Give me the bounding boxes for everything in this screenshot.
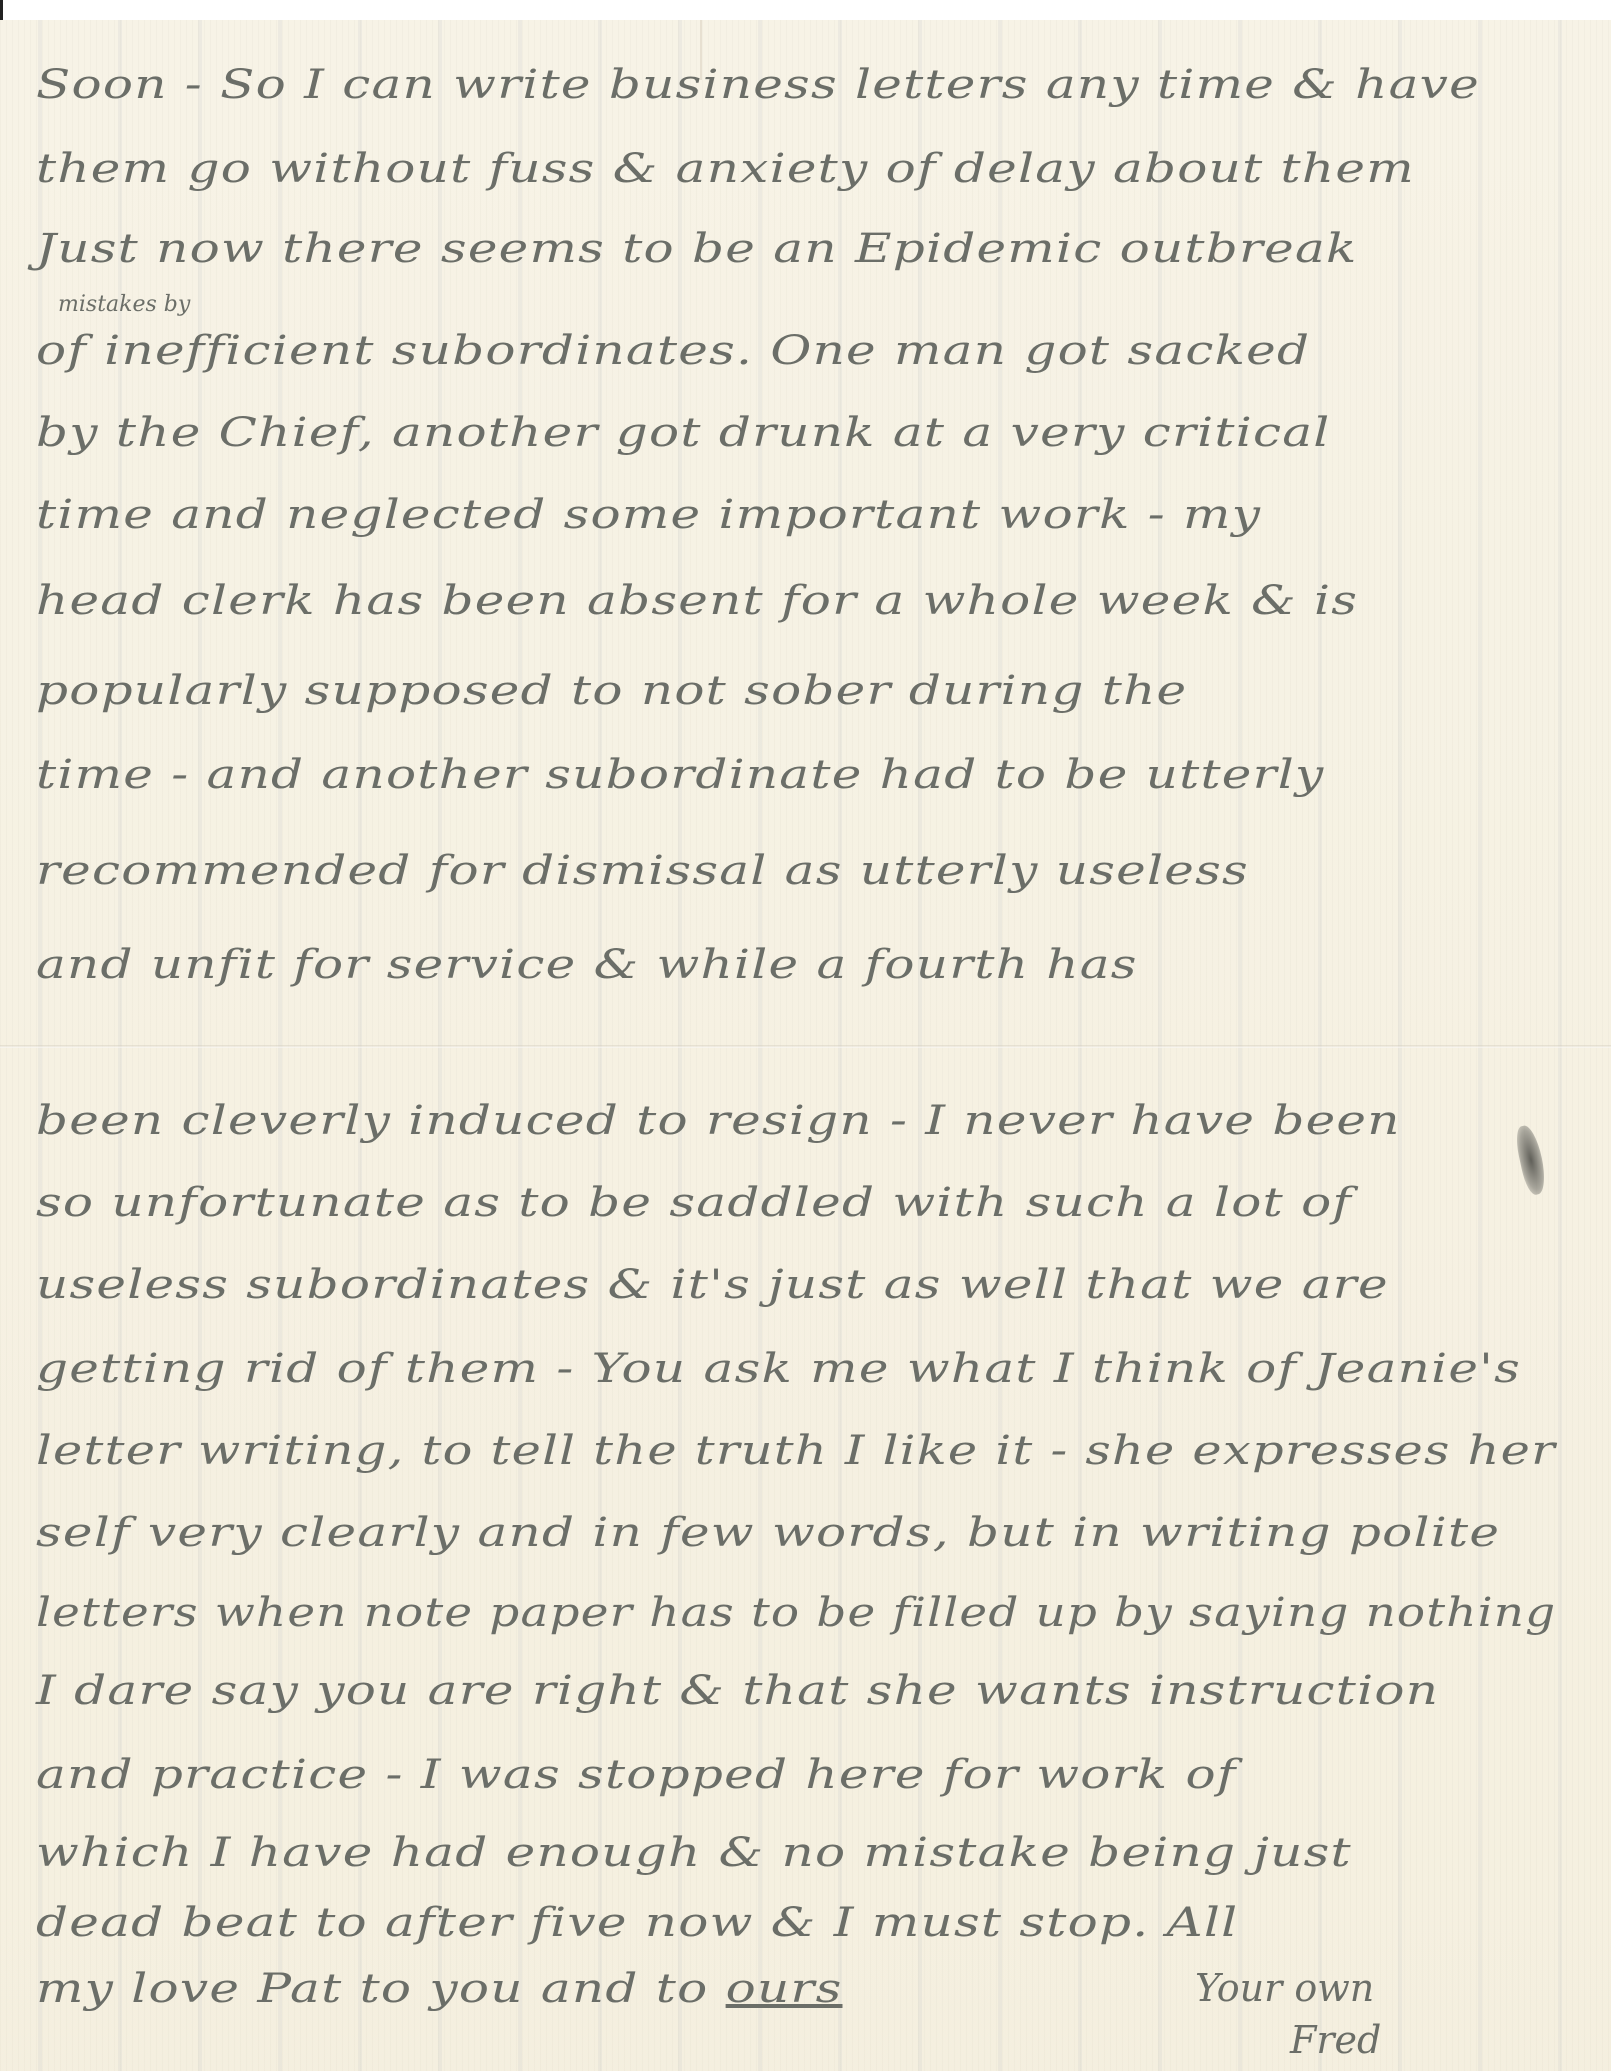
letter-line-16: letter writing, to tell the truth I like…	[36, 1428, 1556, 1474]
letter-line-21: which I have had enough & no mistake bei…	[36, 1830, 1352, 1876]
letter-line-22: dead beat to after five now & I must sto…	[36, 1900, 1238, 1946]
letter-line-5: by the Chief, another got drunk at a ver…	[36, 410, 1331, 456]
letter-line-9: time - and another subordinate had to be…	[36, 752, 1325, 798]
letter-line-7: head clerk has been absent for a whole w…	[36, 578, 1358, 624]
letter-insertion-mistakes-by: mistakes by	[58, 292, 190, 317]
letter-line-10: recommended for dismissal as utterly use…	[36, 848, 1249, 894]
paper-fold-horizontal	[0, 1045, 1611, 1048]
letter-line-12: been cleverly induced to resign - I neve…	[36, 1098, 1401, 1144]
letter-line-14: useless subordinates & it's just as well…	[36, 1262, 1389, 1308]
letter-line-2: them go without fuss & anxiety of delay …	[36, 146, 1415, 192]
letter-line-19: I dare say you are right & that she want…	[36, 1668, 1439, 1714]
letter-signature: Fred	[1290, 2018, 1381, 2062]
letter-line-23-text: my love Pat to you and to	[36, 1966, 726, 2012]
letter-line-4: of inefficient subordinates. One man got…	[36, 328, 1310, 374]
letter-line-1: Soon - So I can write business letters a…	[36, 62, 1480, 108]
letter-line-17: self very clearly and in few words, but …	[36, 1510, 1500, 1556]
letter-line-8: popularly supposed to not sober during t…	[36, 668, 1187, 714]
letter-line-15: getting rid of them - You ask me what I …	[36, 1346, 1521, 1392]
letter-line-6: time and neglected some important work -…	[36, 492, 1261, 538]
letter-line-23: my love Pat to you and to ours	[36, 1966, 842, 2012]
scan-edge-mark	[0, 0, 3, 20]
letter-line-13: so unfortunate as to be saddled with suc…	[36, 1180, 1352, 1226]
letter-line-20: and practice - I was stopped here for wo…	[36, 1752, 1237, 1798]
letter-line-18: letters when note paper has to be filled…	[36, 1590, 1556, 1636]
letter-closing: Your own	[1195, 1966, 1374, 2010]
underlined-word-ours: ours	[726, 1966, 843, 2012]
scan-top-margin	[0, 0, 1611, 20]
letter-line-3: Just now there seems to be an Epidemic o…	[36, 226, 1358, 272]
letter-line-11: and unfit for service & while a fourth h…	[36, 942, 1138, 988]
